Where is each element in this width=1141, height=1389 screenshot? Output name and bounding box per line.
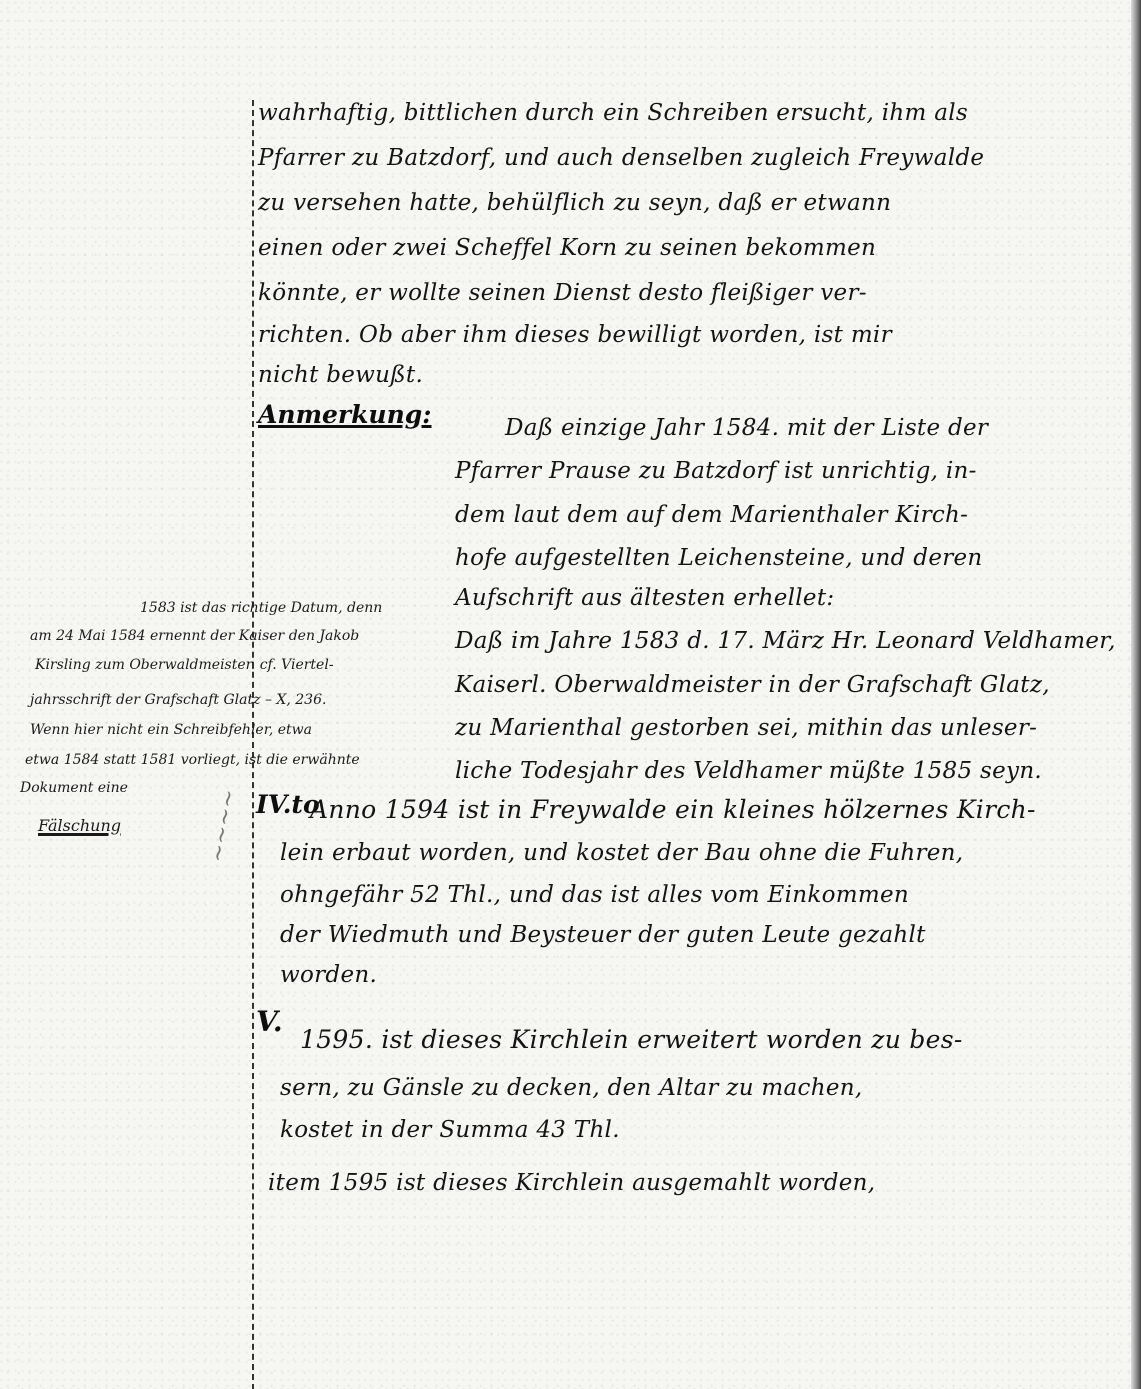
- margin-note-line: 1583 ist das richtige Datum, denn: [140, 600, 382, 616]
- section-numeral: V.: [256, 1005, 283, 1038]
- annotation-line: liche Todesjahr des Veldhamer müßte 1585…: [455, 758, 1042, 784]
- margin-note-line: am 24 Mai 1584 ernennt der Kaiser den Ja…: [30, 628, 359, 644]
- page-edge-shadow: [1131, 0, 1141, 1389]
- section-line: worden.: [280, 962, 377, 988]
- text-line: einen oder zwei Scheffel Korn zu seinen …: [258, 235, 876, 261]
- annotation-line: Daß einzige Jahr 1584. mit der Liste der: [505, 415, 988, 441]
- margin-note-line: Dokument eine: [20, 780, 128, 796]
- margin-note-line: Wenn hier nicht ein Schreibfehler, etwa: [30, 722, 312, 738]
- section-line: item 1595 ist dieses Kirchlein ausgemahl…: [268, 1170, 875, 1196]
- annotation-heading: Anmerkung:: [258, 400, 432, 429]
- text-line: wahrhaftig, bittlichen durch ein Schreib…: [258, 100, 968, 126]
- text-line: Pfarrer zu Batzdorf, und auch denselben …: [258, 145, 984, 171]
- margin-rule: [252, 100, 254, 1389]
- section-line: Anno 1594 ist in Freywalde ein kleines h…: [310, 795, 1036, 824]
- margin-note-line: jahrsschrift der Grafschaft Glatz – X, 2…: [30, 692, 326, 708]
- annotation-line: Aufschrift aus ältesten erhellet:: [455, 585, 834, 611]
- section-line: ohngefähr 52 Thl., und das ist alles vom…: [280, 882, 909, 908]
- text-line: könnte, er wollte seinen Dienst desto fl…: [258, 280, 867, 306]
- text-line: richten. Ob aber ihm dieses bewilligt wo…: [258, 322, 892, 348]
- section-line: 1595. ist dieses Kirchlein erweitert wor…: [300, 1025, 963, 1054]
- text-line: zu versehen hatte, behülflich zu seyn, d…: [258, 190, 891, 216]
- annotation-line: zu Marienthal gestorben sei, mithin das …: [455, 715, 1037, 741]
- annotation-line: hofe aufgestellten Leichensteine, und de…: [455, 545, 983, 571]
- scanned-page: wahrhaftig, bittlichen durch ein Schreib…: [0, 0, 1141, 1389]
- annotation-line: Pfarrer Prause zu Batzdorf ist unrichtig…: [455, 458, 977, 484]
- annotation-line: Daß im Jahre 1583 d. 17. März Hr. Leonar…: [455, 628, 1116, 654]
- annotation-line: dem laut dem auf dem Marienthaler Kirch-: [455, 502, 968, 528]
- section-line: kostet in der Summa 43 Thl.: [280, 1117, 620, 1143]
- margin-note-line: Fälschung: [38, 816, 121, 835]
- annotation-line: Kaiserl. Oberwaldmeister in der Grafscha…: [455, 672, 1050, 698]
- margin-note-line: etwa 1584 statt 1581 vorliegt, ist die e…: [25, 752, 360, 768]
- text-line: nicht bewußt.: [258, 362, 423, 388]
- section-line: der Wiedmuth und Beysteuer der guten Leu…: [280, 922, 926, 948]
- margin-note-line: Kirsling zum Oberwaldmeister. cf. Vierte…: [35, 657, 334, 673]
- section-line: sern, zu Gänsle zu decken, den Altar zu …: [280, 1075, 863, 1101]
- section-line: lein erbaut worden, und kostet der Bau o…: [280, 840, 963, 866]
